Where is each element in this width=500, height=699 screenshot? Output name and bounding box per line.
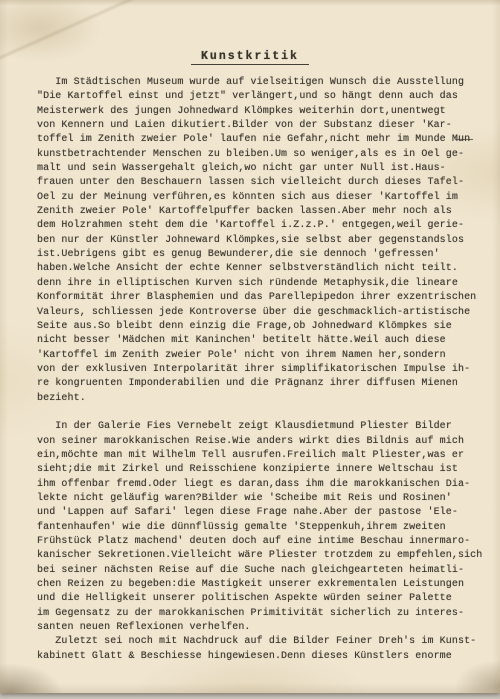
scanned-page-background: { "colors": { "paper": "#f0e6d0", "ink":… [0,0,500,699]
text-line: kabinett Glatt & Beschiesse hingewiesen.… [37,650,479,664]
text-line: "Die Kartoffel einst und jetzt" verlänge… [37,90,479,104]
text-line: fantenhaufen' wie die dünnflüssig gemalt… [37,521,479,535]
text-line: Konformität ihrer Blasphemien und das Pa… [37,291,479,305]
text-line: denn ihre in elliptischen Kurven sich rü… [37,277,479,291]
text-line: kunstbetrachtender Menschen zu bleiben.U… [37,148,479,162]
text-line [37,406,479,420]
typewritten-page: Kunstkritik Im Städtischen Museum wurde … [0,0,500,693]
text-line: 'Kartoffel im Zenith zweier Pole' nicht … [37,349,479,363]
text-line: bei seiner nächsten Reise auf die Suche … [37,564,479,578]
document-body: Im Städtischen Museum wurde auf vielseit… [37,76,479,664]
document-title-text: Kunstkritik [191,50,309,65]
text-line: von Kennern und Laien dikutiert.Bilder v… [37,119,479,133]
text-line: dem Holzrahmen steht dem die 'Kartoffel … [37,219,479,233]
text-line: von seiner marokkanischen Reise.Wie ande… [37,435,479,449]
text-line: Frühstück Platz machend' deuten doch auf… [37,535,479,549]
text-line: Meisterwerk des jungen Johnedward Klömpk… [37,105,479,119]
text-line: re kongruenten Imponderabilien und die P… [37,377,479,391]
text-line: santen neuen Reflexionen verhelfen. [37,621,479,635]
text-line: von der exklusiven Interpolarität ihrer … [37,363,479,377]
text-line: Oel zu der Meinung verführen,es könnten … [37,191,479,205]
text-line: Valeurs, schliessen jede Kontroverse übe… [37,306,479,320]
text-line: bezieht. [37,392,479,406]
text-line: haben.Welche Ansicht der echte Kenner se… [37,262,479,276]
text-line: Zuletzt sei noch mit Nachdruck auf die B… [37,635,479,649]
text-line: lekte nicht geläufig waren?Bilder wie 'S… [37,492,479,506]
text-line: toffel im Zenith zweier Pole' laufen nie… [37,133,479,147]
text-line: ben nur der Künstler Johneward Klömpkes,… [37,234,479,248]
text-line: ihm offenbar fremd.Oder liegt es daran,d… [37,478,479,492]
text-line: im Gegensatz zu der marokkanischen Primi… [37,607,479,621]
text-line: nicht besser 'Mädchen mit Kaninchen' bet… [37,334,479,348]
text-line: Zenith zweier Pole' Kartoffelpuffer back… [37,205,479,219]
document-title: Kunstkritik [0,50,500,65]
text-line: ist.Uebrigens gibt es genug Bewunderer,d… [37,248,479,262]
text-line: malt und sein Wassergehalt gleich,wo nic… [37,162,479,176]
text-line: kanischer Sekretionen.Vielleicht wäre Pl… [37,549,479,563]
text-line: sieht;die mit Zirkel und Reisschiene kon… [37,463,479,477]
text-line: Im Städtischen Museum wurde auf vielseit… [37,76,479,90]
text-line: frauen unter den Beschauern lassen sich … [37,176,479,190]
text-line: Seite aus.So bleibt denn einzig die Frag… [37,320,479,334]
text-line: In der Galerie Fies Vernebelt zeigt Klau… [37,420,479,434]
text-line: ein,möchte man mit Wilhelm Tell ausrufen… [37,449,479,463]
text-line: und die Helligkeit unserer politischen A… [37,592,479,606]
text-line: und 'Lappen auf Safari' legen diese Frag… [37,506,479,520]
text-line: chen Reizen zu begeben:die Mastigkeit un… [37,578,479,592]
